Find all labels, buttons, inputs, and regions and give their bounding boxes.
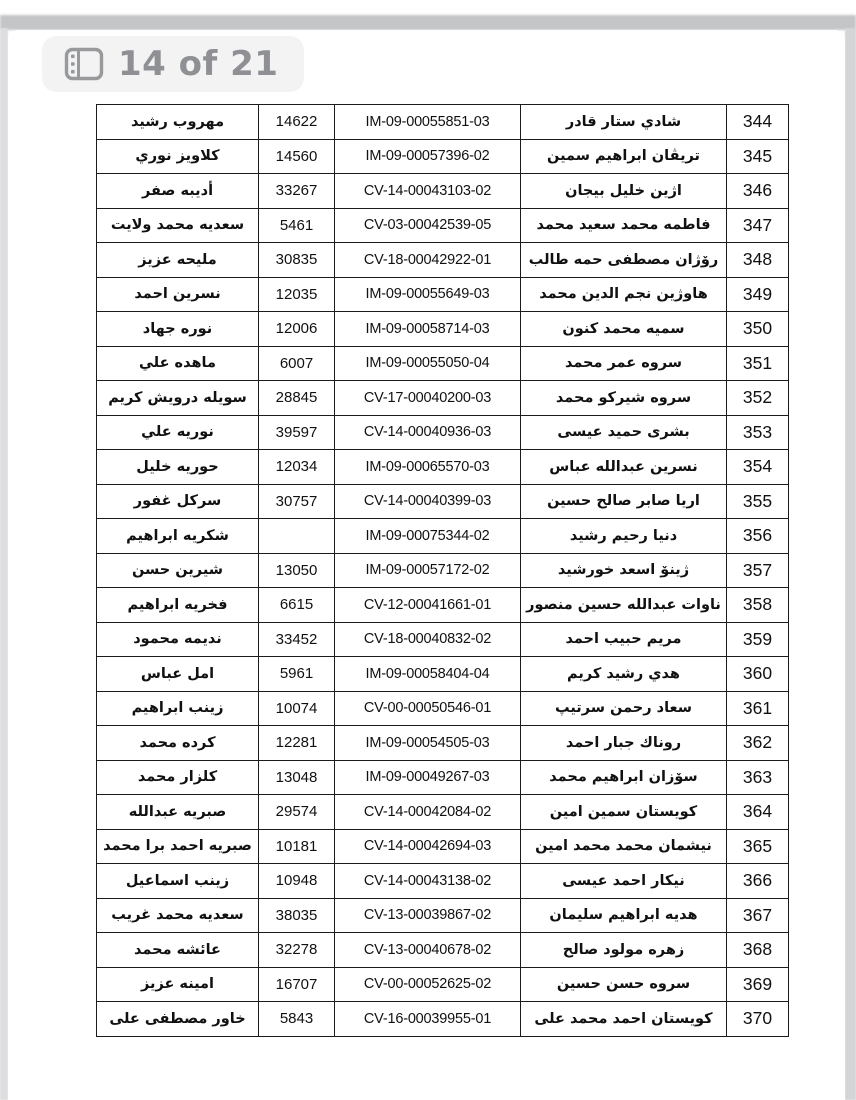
row-number-cell: 368	[727, 933, 789, 968]
name-a-cell: رۆژان مصطفی حمه طالب	[521, 243, 727, 278]
row-number-cell: 370	[727, 1002, 789, 1037]
name-a-cell: سروه حسن حسین	[521, 967, 727, 1002]
name-b-cell: نوره جهاد	[97, 312, 259, 347]
row-number-cell: 357	[727, 553, 789, 588]
table-row: 364 كویستان سمین امین CV-14-00042084-02 …	[97, 795, 789, 830]
name-a-cell: سۆزان ابراهیم محمد	[521, 760, 727, 795]
table-row: 360 هدي رشید كریم IM-09-00058404-04 5961…	[97, 657, 789, 692]
name-a-cell: روناك جبار احمد	[521, 726, 727, 761]
name-b-cell: كلزار محمد	[97, 760, 259, 795]
name-a-cell: هدي رشید كریم	[521, 657, 727, 692]
photo-left-edge	[0, 28, 8, 1100]
row-number-cell: 366	[727, 864, 789, 899]
name-a-cell: كویستان احمد محمد علی	[521, 1002, 727, 1037]
name-b-cell: كرده محمد	[97, 726, 259, 761]
code-cell: IM-09-00055851-03	[335, 105, 521, 140]
page-indicator-label: 14 of 21	[118, 44, 278, 84]
name-b-cell: زینب اسماعیل	[97, 864, 259, 899]
number-cell: 6007	[259, 346, 335, 381]
code-cell: IM-09-00055050-04	[335, 346, 521, 381]
row-number-cell: 362	[727, 726, 789, 761]
code-cell: IM-09-00075344-02	[335, 519, 521, 554]
number-cell: 5461	[259, 208, 335, 243]
table-row: 357 ژینۆ اسعد خورشید IM-09-00057172-02 1…	[97, 553, 789, 588]
table-row: 368 زهره مولود صالح CV-13-00040678-02 32…	[97, 933, 789, 968]
code-cell: CV-16-00039955-01	[335, 1002, 521, 1037]
name-b-cell: زینب ابراهیم	[97, 691, 259, 726]
table-row: 366 نیكار احمد عیسی CV-14-00043138-02 10…	[97, 864, 789, 899]
row-number-cell: 359	[727, 622, 789, 657]
table-row: 362 روناك جبار احمد IM-09-00054505-03 12…	[97, 726, 789, 761]
name-b-cell: شیرین حسن	[97, 553, 259, 588]
name-a-cell: سروه شیركو محمد	[521, 381, 727, 416]
table-row: 351 سروه عمر محمد IM-09-00055050-04 6007…	[97, 346, 789, 381]
number-cell: 33267	[259, 174, 335, 209]
number-cell: 5843	[259, 1002, 335, 1037]
table-row: 367 هدیه ابراهیم سلیمان CV-13-00039867-0…	[97, 898, 789, 933]
number-cell: 14560	[259, 139, 335, 174]
row-number-cell: 360	[727, 657, 789, 692]
number-cell: 13048	[259, 760, 335, 795]
table-row: 352 سروه شیركو محمد CV-17-00040200-03 28…	[97, 381, 789, 416]
number-cell: 39597	[259, 415, 335, 450]
code-cell: IM-09-00058714-03	[335, 312, 521, 347]
name-a-cell: كویستان سمین امین	[521, 795, 727, 830]
code-cell: CV-13-00039867-02	[335, 898, 521, 933]
row-number-cell: 361	[727, 691, 789, 726]
row-number-cell: 349	[727, 277, 789, 312]
table-row: 354 نسرین عبدالله عباس IM-09-00065570-03…	[97, 450, 789, 485]
code-cell: CV-14-00043103-02	[335, 174, 521, 209]
number-cell: 14622	[259, 105, 335, 140]
number-cell: 12034	[259, 450, 335, 485]
name-b-cell: ملیحه عزیز	[97, 243, 259, 278]
row-number-cell: 364	[727, 795, 789, 830]
row-number-cell: 348	[727, 243, 789, 278]
name-a-cell: نیشمان محمد محمد امین	[521, 829, 727, 864]
photo-right-edge	[845, 28, 856, 1100]
name-a-cell: هاوژین نجم الدین محمد	[521, 277, 727, 312]
table-row: 350 سمیه محمد كنون IM-09-00058714-03 120…	[97, 312, 789, 347]
code-cell: CV-14-00042084-02	[335, 795, 521, 830]
name-b-cell: صبریه احمد برا محمد	[97, 829, 259, 864]
code-cell: CV-14-00043138-02	[335, 864, 521, 899]
name-a-cell: فاطمه محمد سعید محمد	[521, 208, 727, 243]
row-number-cell: 363	[727, 760, 789, 795]
row-number-cell: 358	[727, 588, 789, 623]
name-a-cell: سعاد رحمن سرتیپ	[521, 691, 727, 726]
name-a-cell: دنیا رحیم رشید	[521, 519, 727, 554]
row-number-cell: 344	[727, 105, 789, 140]
code-cell: IM-09-00058404-04	[335, 657, 521, 692]
number-cell: 38035	[259, 898, 335, 933]
name-b-cell: سعدیه محمد ولایت	[97, 208, 259, 243]
number-cell: 13050	[259, 553, 335, 588]
row-number-cell: 369	[727, 967, 789, 1002]
table-row: 345 تریڤان ابراهیم سمین IM-09-00057396-0…	[97, 139, 789, 174]
code-cell: IM-09-00057396-02	[335, 139, 521, 174]
number-cell: 29574	[259, 795, 335, 830]
number-cell	[259, 519, 335, 554]
table-row: 370 كویستان احمد محمد علی CV-16-00039955…	[97, 1002, 789, 1037]
name-b-cell: خاور مصطفی علی	[97, 1002, 259, 1037]
row-number-cell: 346	[727, 174, 789, 209]
row-number-cell: 367	[727, 898, 789, 933]
name-b-cell: مهروب رشید	[97, 105, 259, 140]
name-b-cell: سركل غفور	[97, 484, 259, 519]
name-a-cell: سمیه محمد كنون	[521, 312, 727, 347]
row-number-cell: 355	[727, 484, 789, 519]
number-cell: 30835	[259, 243, 335, 278]
code-cell: IM-09-00057172-02	[335, 553, 521, 588]
code-cell: CV-00-00052625-02	[335, 967, 521, 1002]
code-cell: CV-00-00050546-01	[335, 691, 521, 726]
code-cell: IM-09-00065570-03	[335, 450, 521, 485]
name-a-cell: بشرى حمید عیسی	[521, 415, 727, 450]
name-a-cell: مریم حبیب احمد	[521, 622, 727, 657]
code-cell: CV-12-00041661-01	[335, 588, 521, 623]
table-row: 361 سعاد رحمن سرتیپ CV-00-00050546-01 10…	[97, 691, 789, 726]
number-cell: 10181	[259, 829, 335, 864]
number-cell: 33452	[259, 622, 335, 657]
number-cell: 5961	[259, 657, 335, 692]
name-b-cell: سویله درویش كریم	[97, 381, 259, 416]
document-viewer-screen: 14 of 21 344 شادي ستار قادر IM-09-000558…	[0, 0, 856, 1100]
table-row: 355 اریا صابر صالح حسین CV-14-00040399-0…	[97, 484, 789, 519]
records-table-body: 344 شادي ستار قادر IM-09-00055851-03 146…	[97, 105, 789, 1037]
photo-top-band	[0, 15, 856, 30]
name-b-cell: ماهده علي	[97, 346, 259, 381]
name-a-cell: ژینۆ اسعد خورشید	[521, 553, 727, 588]
name-a-cell: هدیه ابراهیم سلیمان	[521, 898, 727, 933]
code-cell: CV-17-00040200-03	[335, 381, 521, 416]
row-number-cell: 356	[727, 519, 789, 554]
number-cell: 6615	[259, 588, 335, 623]
code-cell: CV-18-00042922-01	[335, 243, 521, 278]
number-cell: 32278	[259, 933, 335, 968]
name-b-cell: أدیبه صفر	[97, 174, 259, 209]
records-table: 344 شادي ستار قادر IM-09-00055851-03 146…	[96, 104, 789, 1037]
code-cell: CV-14-00040399-03	[335, 484, 521, 519]
code-cell: IM-09-00049267-03	[335, 760, 521, 795]
name-a-cell: زهره مولود صالح	[521, 933, 727, 968]
table-row: 344 شادي ستار قادر IM-09-00055851-03 146…	[97, 105, 789, 140]
name-a-cell: سروه عمر محمد	[521, 346, 727, 381]
table-row: 347 فاطمه محمد سعید محمد CV-03-00042539-…	[97, 208, 789, 243]
number-cell: 30757	[259, 484, 335, 519]
table-row: 353 بشرى حمید عیسی CV-14-00040936-03 395…	[97, 415, 789, 450]
name-a-cell: اژین خلیل بیجان	[521, 174, 727, 209]
row-number-cell: 354	[727, 450, 789, 485]
name-b-cell: ندیمه محمود	[97, 622, 259, 657]
row-number-cell: 345	[727, 139, 789, 174]
row-number-cell: 365	[727, 829, 789, 864]
name-b-cell: فخریه ابراهیم	[97, 588, 259, 623]
table-row: 365 نیشمان محمد محمد امین CV-14-00042694…	[97, 829, 789, 864]
table-row: 348 رۆژان مصطفی حمه طالب CV-18-00042922-…	[97, 243, 789, 278]
code-cell: CV-03-00042539-05	[335, 208, 521, 243]
name-b-cell: عائشه محمد	[97, 933, 259, 968]
code-cell: IM-09-00054505-03	[335, 726, 521, 761]
name-a-cell: ناوات عبدالله حسین منصور	[521, 588, 727, 623]
code-cell: CV-18-00040832-02	[335, 622, 521, 657]
row-number-cell: 353	[727, 415, 789, 450]
name-a-cell: اریا صابر صالح حسین	[521, 484, 727, 519]
name-a-cell: نسرین عبدالله عباس	[521, 450, 727, 485]
table-row: 359 مریم حبیب احمد CV-18-00040832-02 334…	[97, 622, 789, 657]
table-row: 346 اژین خلیل بیجان CV-14-00043103-02 33…	[97, 174, 789, 209]
number-cell: 12281	[259, 726, 335, 761]
table-row: 358 ناوات عبدالله حسین منصور CV-12-00041…	[97, 588, 789, 623]
page-thumbnails-sidebar-icon	[64, 47, 104, 81]
number-cell: 16707	[259, 967, 335, 1002]
number-cell: 12006	[259, 312, 335, 347]
name-b-cell: صبریه عبدالله	[97, 795, 259, 830]
code-cell: CV-14-00040936-03	[335, 415, 521, 450]
number-cell: 10074	[259, 691, 335, 726]
name-b-cell: شكریه ابراهیم	[97, 519, 259, 554]
row-number-cell: 351	[727, 346, 789, 381]
document-page: 14 of 21 344 شادي ستار قادر IM-09-000558…	[8, 30, 845, 1100]
code-cell: CV-14-00042694-03	[335, 829, 521, 864]
table-row: 369 سروه حسن حسین CV-00-00052625-02 1670…	[97, 967, 789, 1002]
name-a-cell: نیكار احمد عیسی	[521, 864, 727, 899]
name-b-cell: كلاویز نوري	[97, 139, 259, 174]
name-b-cell: حوریه خلیل	[97, 450, 259, 485]
table-row: 363 سۆزان ابراهیم محمد IM-09-00049267-03…	[97, 760, 789, 795]
row-number-cell: 350	[727, 312, 789, 347]
number-cell: 12035	[259, 277, 335, 312]
table-row: 349 هاوژین نجم الدین محمد IM-09-00055649…	[97, 277, 789, 312]
name-a-cell: تریڤان ابراهیم سمین	[521, 139, 727, 174]
name-b-cell: سعدیه محمد غریب	[97, 898, 259, 933]
name-b-cell: نسرین احمد	[97, 277, 259, 312]
table-row: 356 دنیا رحیم رشید IM-09-00075344-02 شكر…	[97, 519, 789, 554]
code-cell: IM-09-00055649-03	[335, 277, 521, 312]
name-a-cell: شادي ستار قادر	[521, 105, 727, 140]
name-b-cell: امینه عزیز	[97, 967, 259, 1002]
number-cell: 28845	[259, 381, 335, 416]
name-b-cell: نوریه علي	[97, 415, 259, 450]
row-number-cell: 347	[727, 208, 789, 243]
code-cell: CV-13-00040678-02	[335, 933, 521, 968]
name-b-cell: امل عباس	[97, 657, 259, 692]
page-indicator[interactable]: 14 of 21	[42, 36, 304, 92]
row-number-cell: 352	[727, 381, 789, 416]
number-cell: 10948	[259, 864, 335, 899]
